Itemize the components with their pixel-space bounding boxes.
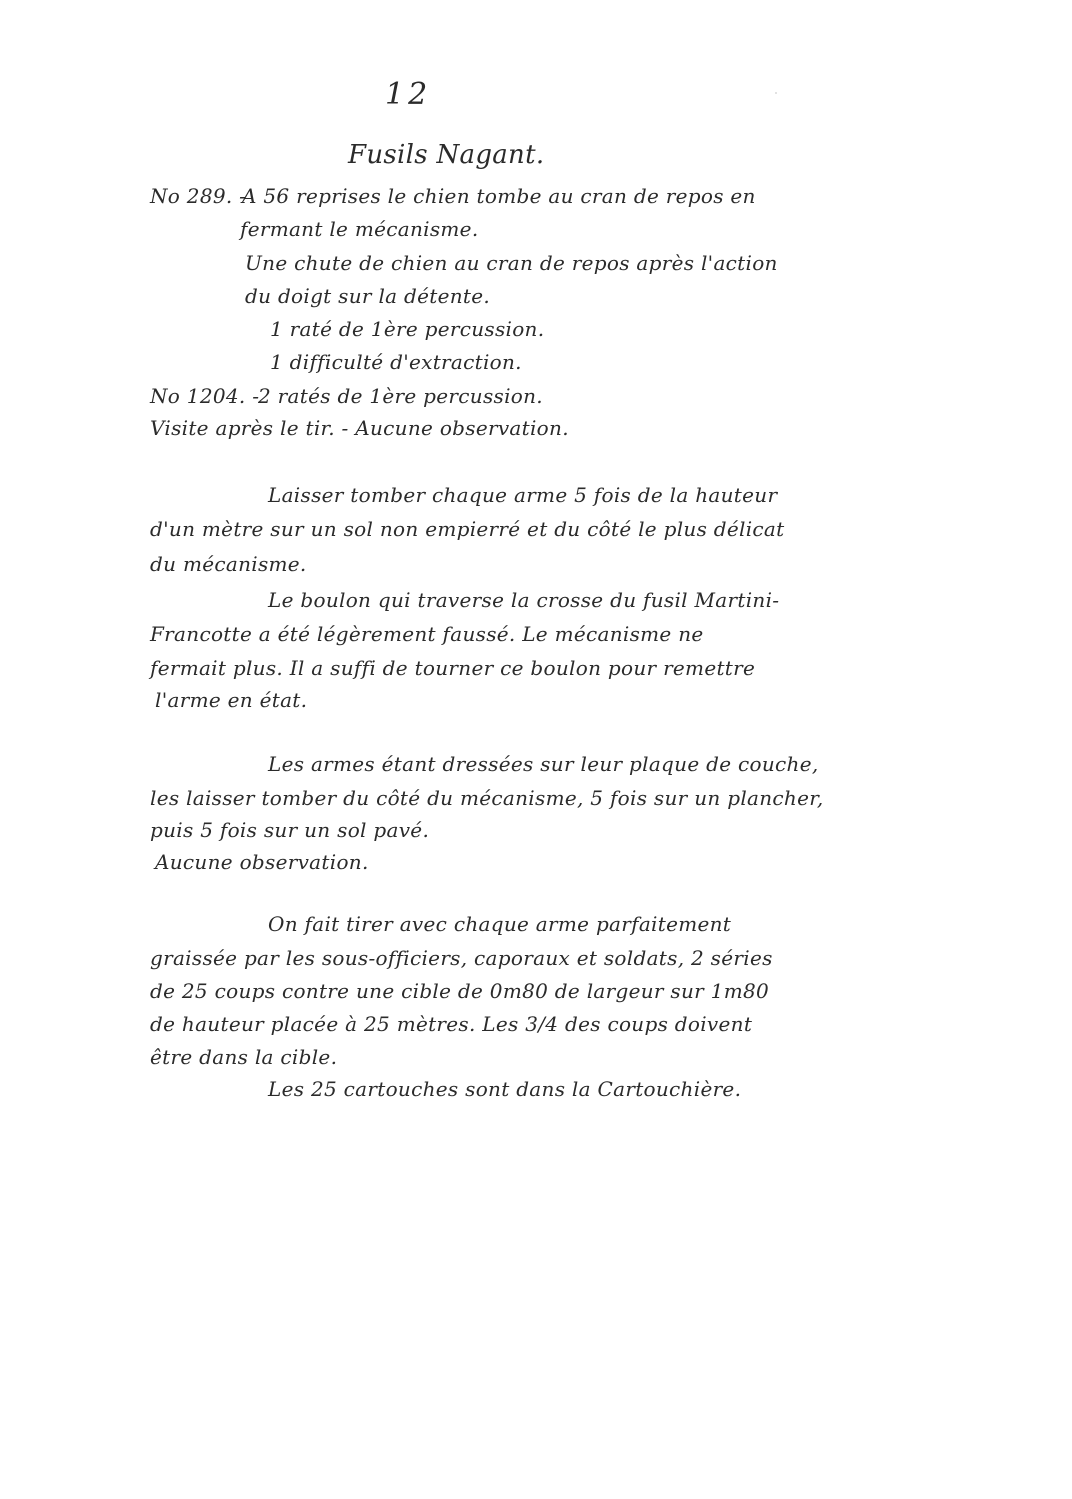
- drop-test-line-3: du mécanisme.: [150, 552, 307, 576]
- firing-test-line-1: On fait tirer avec chaque arme parfaitem…: [268, 912, 731, 936]
- entry-label-1204: No 1204. -: [150, 384, 259, 408]
- entry-289-line-5: 1 raté de 1ère percussion.: [270, 317, 544, 341]
- firing-test-line-3: de 25 coups contre une cible de 0m80 de …: [150, 979, 769, 1003]
- boulon-line-2: Francotte a été légèrement faussé. Le mé…: [150, 622, 704, 646]
- couche-test-line-3: puis 5 fois sur un sol pavé.: [150, 818, 429, 842]
- boulon-line-3: fermait plus. Il a suffi de tourner ce b…: [150, 656, 755, 680]
- couche-test-result: Aucune observation.: [155, 850, 369, 874]
- drop-test-line-1: Laisser tomber chaque arme 5 fois de la …: [268, 483, 777, 507]
- entry-289-line-4: du doigt sur la détente.: [245, 284, 490, 308]
- boulon-line-1: Le boulon qui traverse la crosse du fusi…: [268, 588, 779, 612]
- page-title: Fusils Nagant.: [348, 140, 544, 170]
- couche-test-line-2: les laisser tomber du côté du mécanisme,…: [150, 786, 824, 810]
- entry-289-line-1: A 56 reprises le chien tombe au cran de …: [242, 184, 756, 208]
- drop-test-line-2: d'un mètre sur un sol non empierré et du…: [150, 517, 785, 541]
- entry-label-289: No 289. -: [150, 184, 246, 208]
- entry-1204-line-1: 2 ratés de 1ère percussion.: [258, 384, 543, 408]
- entry-289-line-3: Une chute de chien au cran de repos aprè…: [245, 251, 778, 275]
- boulon-line-4: l'arme en état.: [155, 688, 307, 712]
- entry-289-line-2: fermant le mécanisme.: [240, 217, 478, 241]
- paper-speck: [775, 92, 777, 94]
- page-number: 12: [385, 78, 431, 112]
- manuscript-page: 12 Fusils Nagant. No 289. - A 56 reprise…: [0, 0, 1072, 1499]
- after-firing-note: Visite après le tir. - Aucune observatio…: [150, 416, 569, 440]
- firing-test-line-4: de hauteur placée à 25 mètres. Les 3/4 d…: [150, 1012, 752, 1036]
- firing-test-line-5: être dans la cible.: [150, 1045, 337, 1069]
- firing-test-line-2: graissée par les sous-officiers, caporau…: [150, 946, 773, 970]
- couche-test-line-1: Les armes étant dressées sur leur plaque…: [268, 752, 819, 776]
- cartridges-note: Les 25 cartouches sont dans la Cartouchi…: [268, 1077, 741, 1101]
- entry-289-line-6: 1 difficulté d'extraction.: [270, 350, 522, 374]
